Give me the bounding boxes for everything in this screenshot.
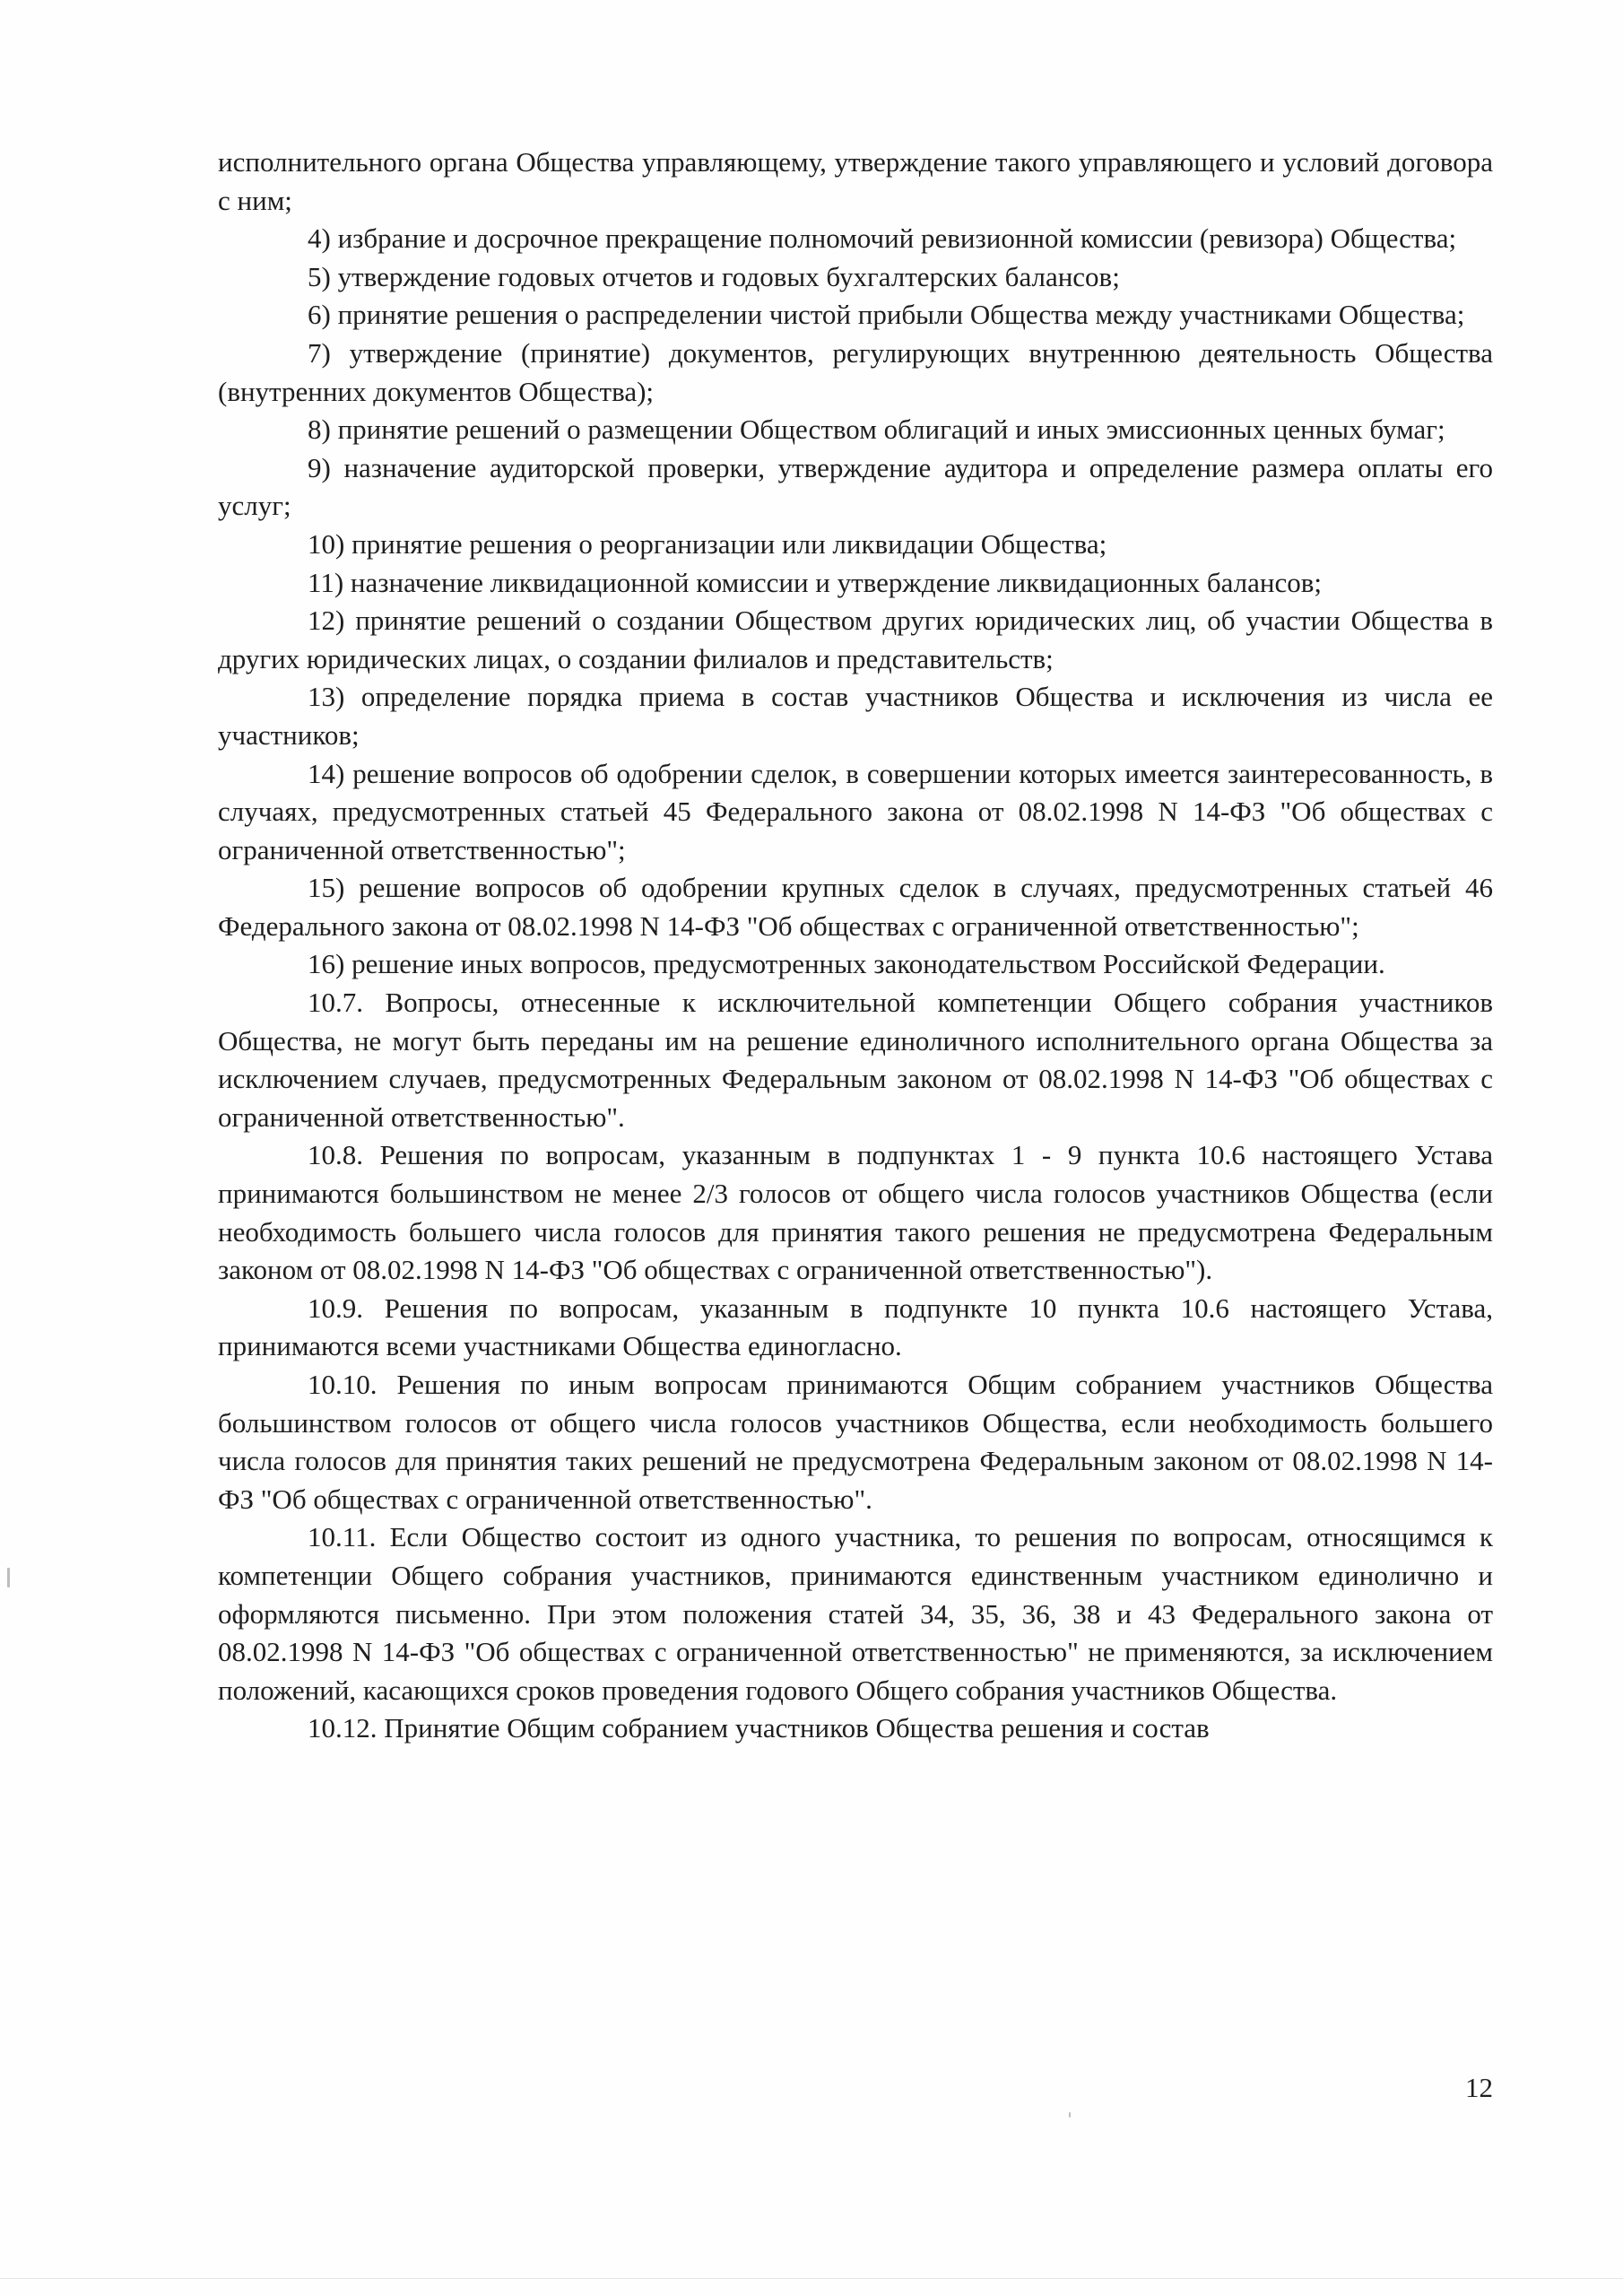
paragraph-item-14: 14) решение вопросов об одобрении сделок… [218, 755, 1493, 870]
paragraph-item-7: 7) утверждение (принятие) документов, ре… [218, 335, 1493, 411]
page-number: 12 [1426, 2072, 1493, 2104]
scan-edge [0, 2278, 1623, 2279]
paragraph-item-10: 10) принятие решения о реорганизации или… [218, 526, 1493, 564]
paragraph-item-9: 9) назначение аудиторской проверки, утве… [218, 449, 1493, 526]
paragraph-item-6: 6) принятие решения о распределении чист… [218, 296, 1493, 335]
paragraph-clause-10-8: 10.8. Решения по вопросам, указанным в п… [218, 1136, 1493, 1289]
document-page: исполнительного органа Общества управляю… [0, 0, 1623, 2296]
paragraph-clause-10-7: 10.7. Вопросы, отнесенные к исключительн… [218, 984, 1493, 1136]
paragraph-clause-10-12: 10.12. Принятие Общим собранием участник… [218, 1709, 1493, 1748]
paragraph-item-15: 15) решение вопросов об одобрении крупны… [218, 869, 1493, 945]
document-body: исполнительного органа Общества управляю… [218, 143, 1493, 1748]
paragraph-clause-10-9: 10.9. Решения по вопросам, указанным в п… [218, 1290, 1493, 1366]
paragraph-item-8: 8) принятие решений о размещении Обществ… [218, 411, 1493, 449]
paragraph-item-16: 16) решение иных вопросов, предусмотренн… [218, 945, 1493, 984]
scan-mark [1069, 2112, 1071, 2118]
paragraph-cont-3: исполнительного органа Общества управляю… [218, 143, 1493, 220]
paragraph-item-12: 12) принятие решений о создании Общество… [218, 602, 1493, 678]
paragraph-item-11: 11) назначение ликвидационной комиссии и… [218, 564, 1493, 603]
paragraph-clause-10-11: 10.11. Если Общество состоит из одного у… [218, 1518, 1493, 1709]
paragraph-item-13: 13) определение порядка приема в состав … [218, 678, 1493, 754]
paragraph-clause-10-10: 10.10. Решения по иным вопросам принимаю… [218, 1366, 1493, 1518]
paragraph-item-5: 5) утверждение годовых отчетов и годовых… [218, 258, 1493, 297]
paragraph-item-4: 4) избрание и досрочное прекращение полн… [218, 220, 1493, 258]
scan-mark [7, 1568, 10, 1587]
